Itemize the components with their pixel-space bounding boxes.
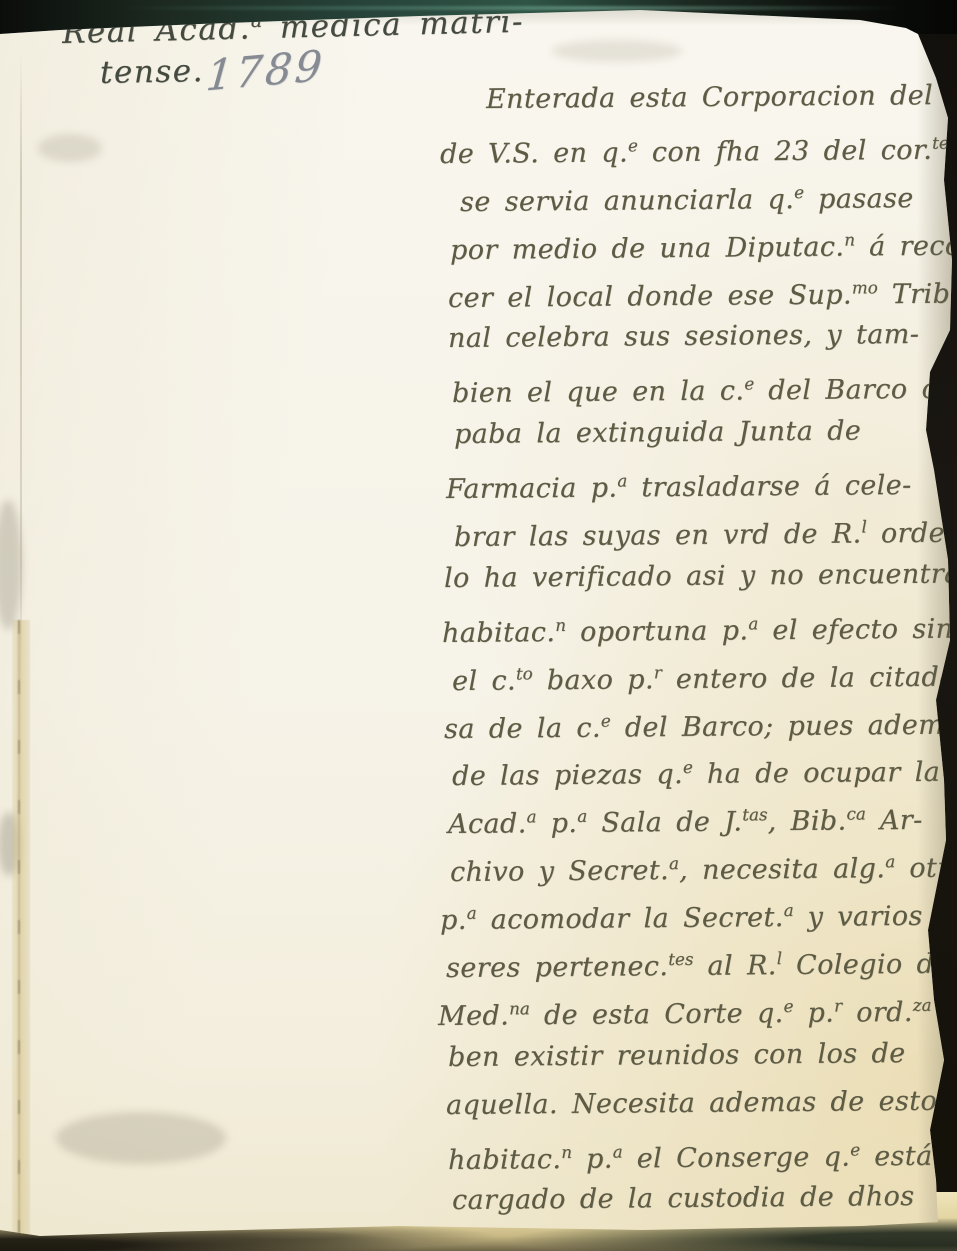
manuscript-line: cargado de la custodia de dhos — [452, 1173, 950, 1225]
manuscript-line: habitac.n p.a el Conserge q.e está en- — [448, 1125, 950, 1177]
manuscript-line: nal celebra sus sesiones, y tam- — [448, 311, 950, 363]
manuscript-line: sa de la c.e del Barco; pues ademas — [444, 694, 950, 746]
paper-stain — [552, 40, 682, 62]
manuscript-line: de V.S. en q.e con fha 23 del cor.te — [440, 119, 950, 171]
manuscript-line: por medio de una Diputac.n á recono- — [450, 215, 950, 267]
left-fold-band — [12, 620, 30, 1236]
paper-stain — [38, 134, 102, 162]
archive-label-line2: tense. — [100, 53, 205, 91]
paper-stain — [0, 500, 22, 630]
manuscript-body: Enterada esta Corporacion del oficiode V… — [438, 76, 950, 1225]
manuscript-line: Farmacia p.a trasladarse á cele- — [446, 455, 950, 507]
manuscript-line: p.a acomodar la Secret.a y varios en- — [440, 886, 950, 938]
manuscript-line: paba la extinguida Junta de — [454, 407, 950, 459]
manuscript-line: el c.to baxo p.r entero de la citada ca- — [452, 646, 950, 698]
manuscript-line: cer el local donde ese Sup.mo Tribu- — [448, 263, 950, 315]
left-fold-crease — [20, 50, 22, 690]
manuscript-line: Acad.a p.a Sala de J.tas, Bib.ca Ar- — [448, 790, 950, 842]
manuscript-line: bien el que en la c.e del Barco ocu- — [452, 359, 950, 411]
manuscript-line: chivo y Secret.a, necesita alg.a otra — [450, 838, 950, 890]
manuscript-line: Enterada esta Corporacion del oficio — [486, 72, 950, 124]
manuscript-line: aquella. Necesita ademas de esto — [446, 1077, 950, 1129]
manuscript-line: habitac.n oportuna p.a el efecto sino en — [442, 598, 950, 650]
manuscript-line: Med.na de esta Corte q.e p.r ord.za de- — [438, 981, 950, 1033]
manuscript-line: seres pertenec.tes al R.l Colegio de — [446, 934, 950, 986]
scan-background: { "palette": { "scan_background": "#1613… — [0, 0, 957, 1251]
manuscript-page: Real Acad.a medica matri- tense. 1789 En… — [0, 0, 957, 1251]
manuscript-line: lo ha verificado asi y no encuentra — [444, 550, 950, 602]
manuscript-line: de las piezas q.e ha de ocupar la — [452, 742, 950, 794]
manuscript-line: se servia anunciarla q.e pasase — [460, 168, 950, 220]
paper-stain — [56, 1112, 226, 1164]
manuscript-line: ben existir reunidos con los de — [448, 1029, 950, 1081]
archive-year: 1789 — [204, 41, 327, 101]
manuscript-line: brar las suyas en vrd de R.l orden, — [454, 503, 950, 555]
